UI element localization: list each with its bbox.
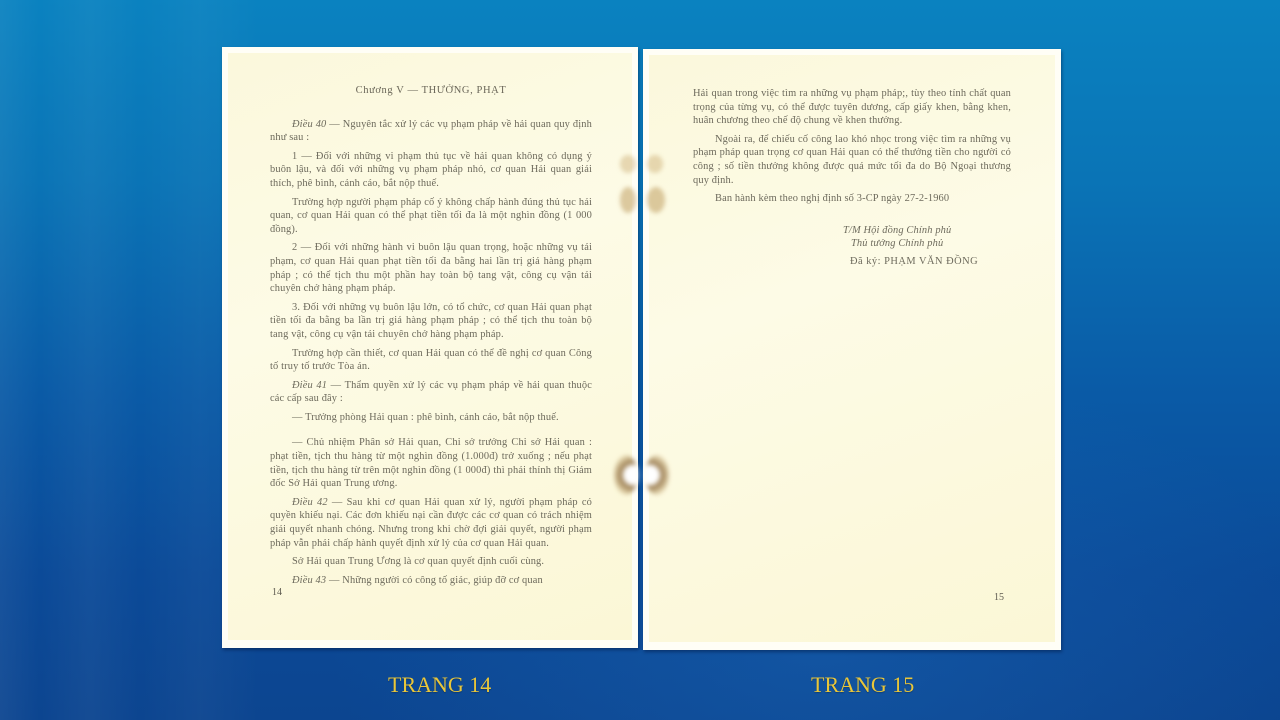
paper-burn-stain [614, 455, 638, 495]
paragraph: — Chủ nhiệm Phân sở Hải quan, Chi sở trư… [270, 436, 592, 490]
paragraph: Trường hợp cần thiết, cơ quan Hải quan c… [270, 347, 592, 374]
paragraph: 1 — Đối với những vi phạm thủ tục về hải… [270, 150, 592, 191]
paragraph-text: Ngoài ra, để chiếu cố công lao khó nhọc … [693, 134, 1011, 186]
paper-stain [647, 187, 665, 213]
chapter-title: Chương V — THƯỞNG, PHẠT [270, 84, 592, 98]
paragraph-text: Trường hợp cần thiết, cơ quan Hải quan c… [270, 348, 592, 373]
page-number: 14 [272, 587, 282, 598]
paragraph: Sở Hải quan Trung Ương là cơ quan quyết … [270, 555, 592, 569]
paper-stain [620, 155, 636, 173]
paper-stain [620, 187, 636, 213]
paragraph-text: 3. Đối với những vụ buôn lậu lớn, có tổ … [270, 302, 592, 340]
paper-burn-stain [645, 455, 669, 495]
paragraph: Trường hợp người phạm pháp cố ý không ch… [270, 196, 592, 237]
paragraph-text: Hải quan trong việc tìm ra những vụ phạm… [693, 88, 1011, 126]
caption-page-15: TRANG 15 [811, 672, 914, 698]
article-label: Điều 43 [292, 575, 326, 586]
paper-stain [647, 155, 663, 173]
paragraph-text: — Trưởng phòng Hải quan : phê bình, cảnh… [292, 412, 559, 423]
paragraph: — Trưởng phòng Hải quan : phê bình, cảnh… [270, 411, 592, 425]
page-text: Hải quan trong việc tìm ra những vụ phạm… [693, 87, 1011, 269]
paragraph-text: — Chủ nhiệm Phân sở Hải quan, Chi sở trư… [270, 437, 592, 489]
article-label: Điều 40 [292, 119, 326, 130]
paragraph: 2 — Đối với những hành vi buôn lậu quan … [270, 241, 592, 295]
signature-title: Thủ tướng Chính phủ [693, 237, 1011, 251]
paragraph-text: Trường hợp người phạm pháp cố ý không ch… [270, 197, 592, 235]
paragraph-text: Ban hành kèm theo nghị định số 3-CP ngày… [715, 193, 949, 204]
document-page-14: Chương V — THƯỞNG, PHẠT Điều 40 — Nguyên… [222, 47, 638, 648]
paragraph: 3. Đối với những vụ buôn lậu lớn, có tổ … [270, 301, 592, 342]
article-label: Điều 41 [292, 380, 327, 391]
paragraph-text: 1 — Đối với những vi phạm thủ tục về hải… [270, 151, 592, 189]
paragraph: Ngoài ra, để chiếu cố công lao khó nhọc … [693, 133, 1011, 187]
background-streaks [0, 0, 1280, 720]
document-page-15: Hải quan trong việc tìm ra những vụ phạm… [643, 49, 1061, 650]
article-label: Điều 42 [292, 497, 328, 508]
paragraph: Điều 43 — Những người có công tố giác, g… [270, 574, 592, 588]
paragraph-text: 2 — Đối với những hành vi buôn lậu quan … [270, 242, 592, 294]
paragraph-text: — Những người có công tố giác, giúp đỡ c… [326, 575, 543, 586]
paragraph: Điều 41 — Thẩm quyền xử lý các vụ phạm p… [270, 379, 592, 406]
signature-org: T/M Hội đồng Chính phủ [693, 224, 1011, 238]
paragraph: Ban hành kèm theo nghị định số 3-CP ngày… [693, 192, 1011, 206]
page-number: 15 [994, 592, 1004, 603]
signature-name: Đã ký: PHẠM VĂN ĐỒNG [693, 255, 1011, 269]
paragraph: Điều 40 — Nguyên tắc xử lý các vụ phạm p… [270, 118, 592, 145]
page-text: Chương V — THƯỞNG, PHẠT Điều 40 — Nguyên… [270, 84, 592, 592]
paragraph: Hải quan trong việc tìm ra những vụ phạm… [693, 87, 1011, 128]
caption-page-14: TRANG 14 [388, 672, 491, 698]
paragraph-text: Sở Hải quan Trung Ương là cơ quan quyết … [292, 556, 544, 567]
paragraph: Điều 42 — Sau khi cơ quan Hải quan xử lý… [270, 496, 592, 550]
